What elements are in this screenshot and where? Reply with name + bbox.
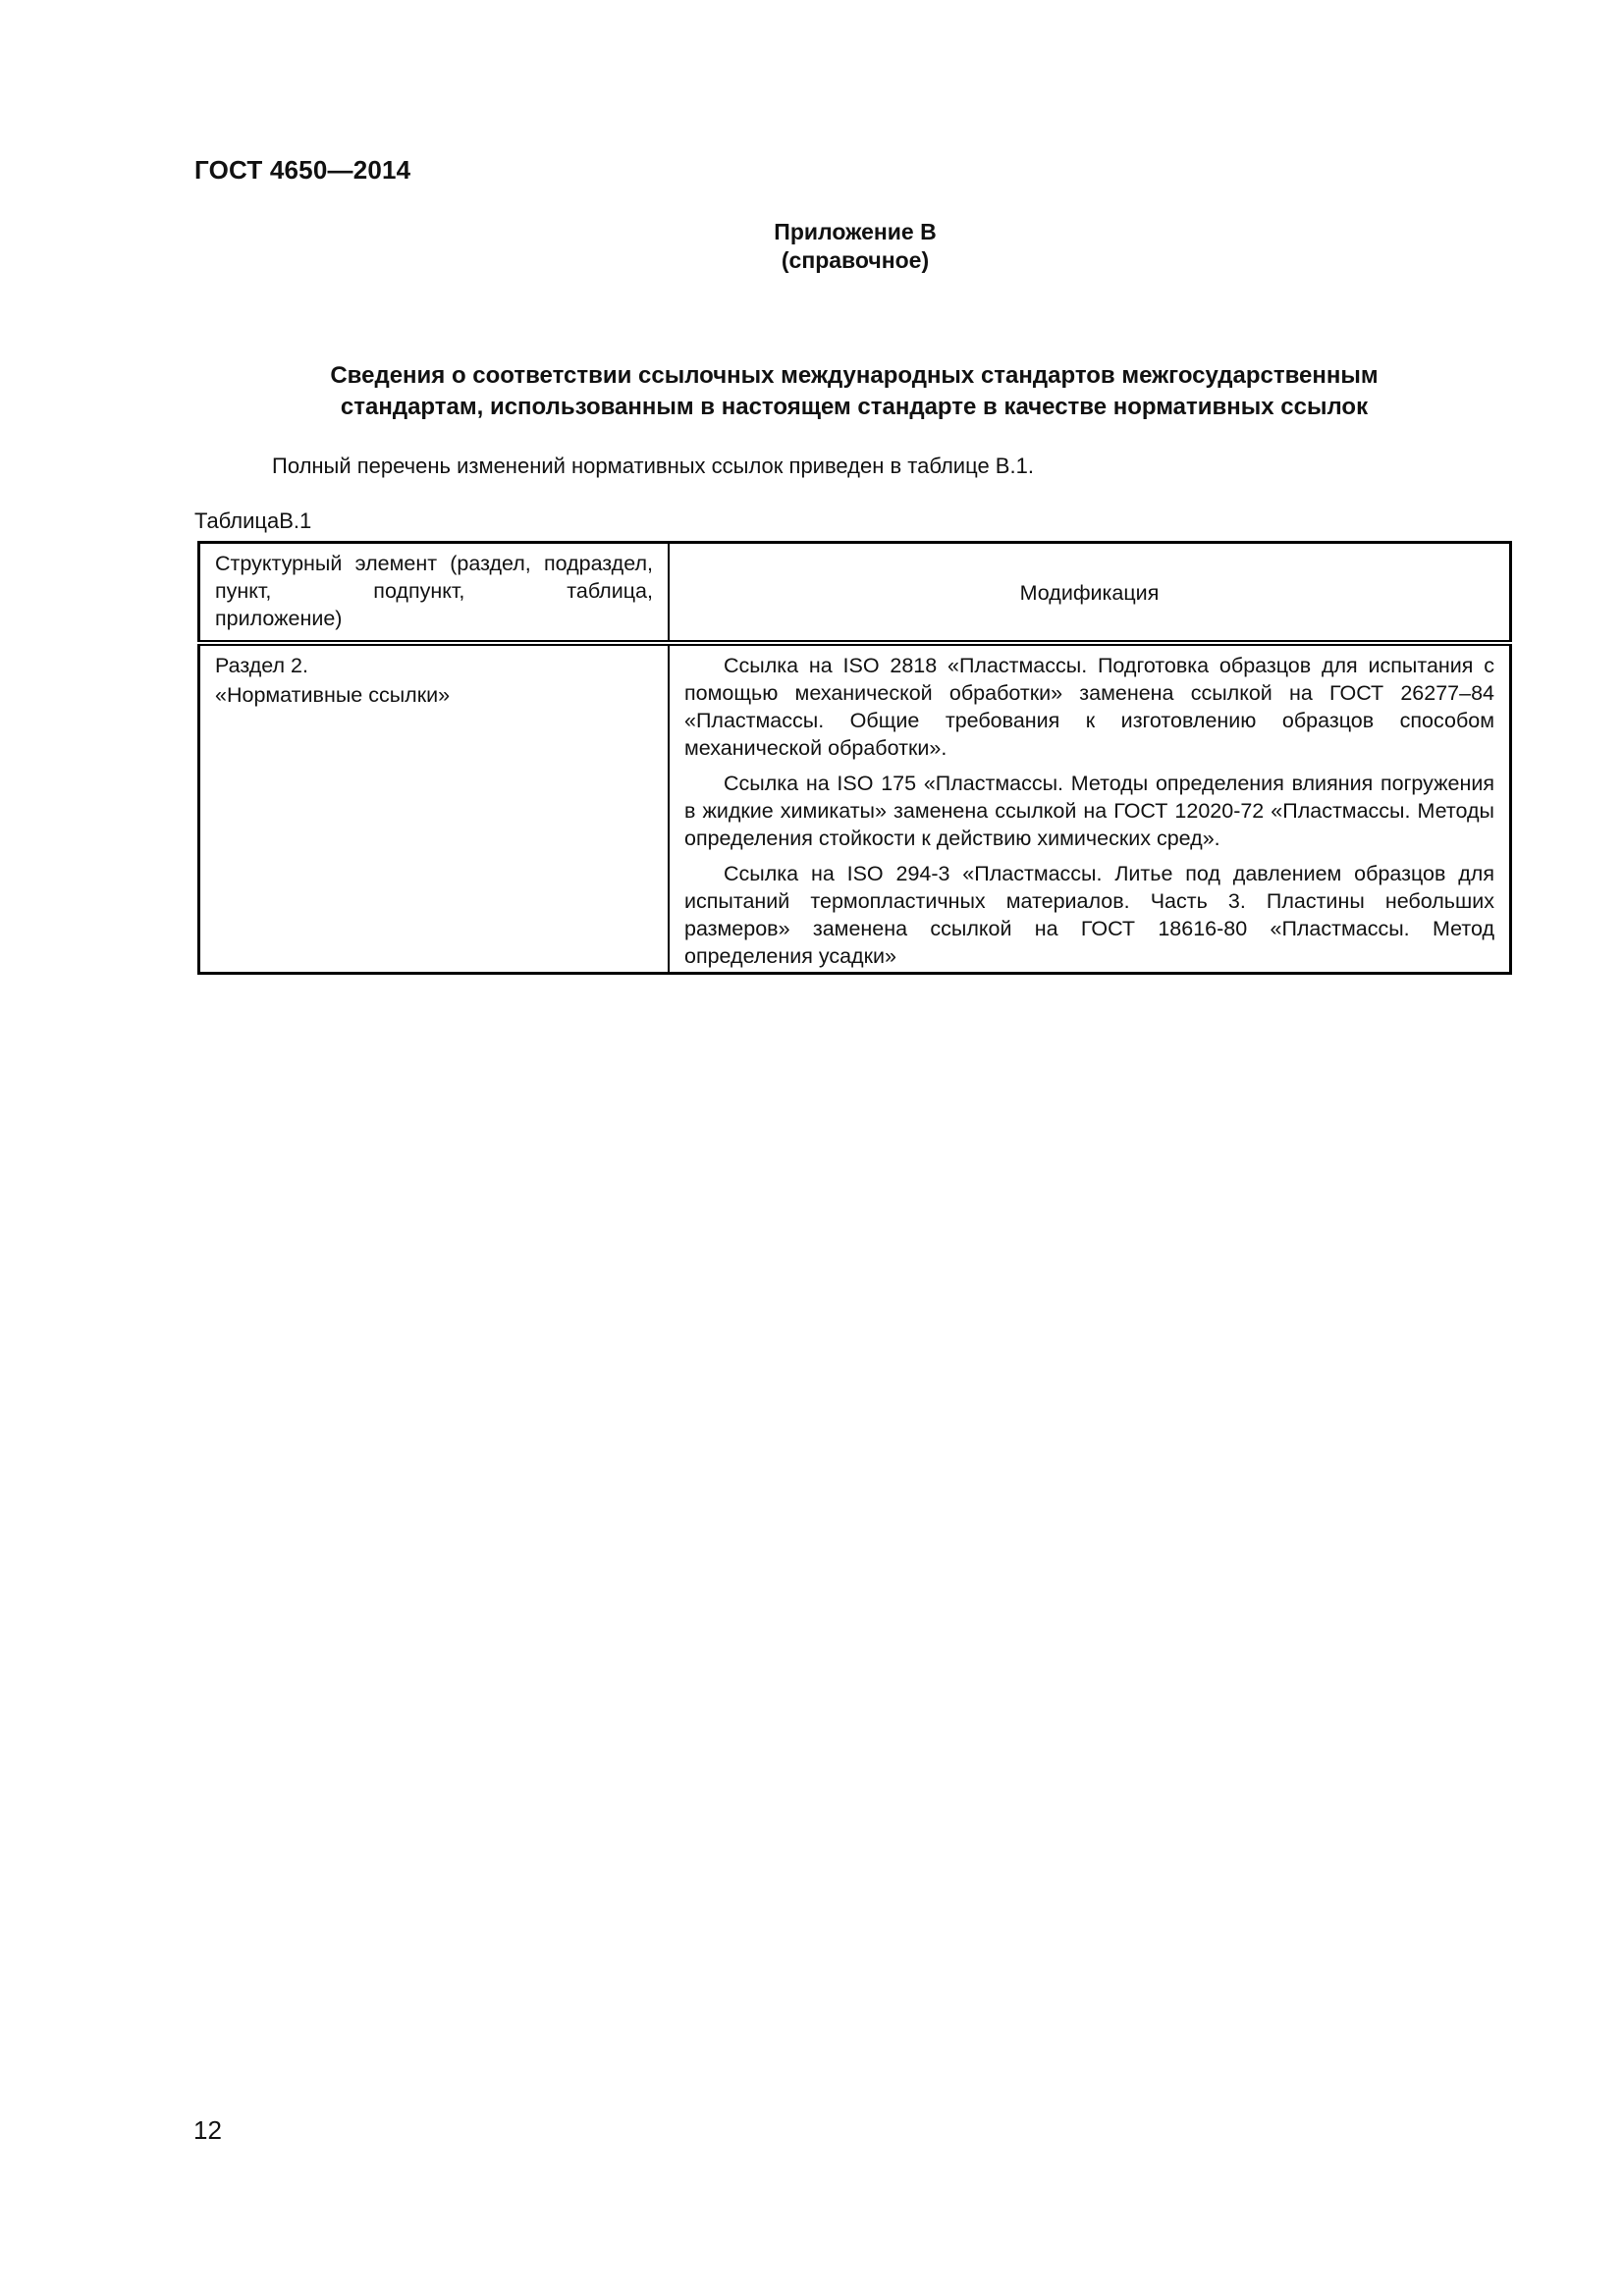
header-structural-element-text: Структурный элемент (раздел, подраздел, … [215,552,653,603]
modification-paragraph: Ссылка на ISO 2818 «Пластмассы. Подготов… [684,652,1494,762]
intro-paragraph: Полный перечень изменений нормативных сс… [272,454,1034,479]
header-structural-element-text-last: приложение) [215,605,653,632]
appendix-title: Приложение В [0,218,1624,246]
section-heading: Сведения о соответствии ссылочных междун… [196,360,1512,423]
modification-cell: Ссылка на ISO 2818 «Пластмассы. Подготов… [669,643,1511,974]
structural-element-section: Раздел 2. [215,652,653,679]
table-row: Раздел 2. «Нормативные ссылки» Ссылка на… [199,643,1511,974]
modifications-table: Структурный элемент (раздел, подраздел, … [197,541,1512,975]
document-code: ГОСТ 4650—2014 [194,155,410,186]
table-header-row: Структурный элемент (раздел, подраздел, … [199,543,1511,644]
table-caption: ТаблицаВ.1 [194,508,311,534]
structural-element-title: «Нормативные ссылки» [215,681,653,709]
header-modification: Модификация [669,543,1511,644]
section-heading-line-1: Сведения о соответствии ссылочных междун… [196,360,1512,392]
section-heading-line-2: стандартам, использованным в настоящем с… [196,392,1512,423]
header-structural-element: Структурный элемент (раздел, подраздел, … [199,543,670,644]
appendix-heading: Приложение В (справочное) [0,218,1624,275]
modification-paragraph: Ссылка на ISO 175 «Пластмассы. Методы оп… [684,770,1494,852]
modification-paragraph: Ссылка на ISO 294-3 «Пластмассы. Литье п… [684,860,1494,970]
structural-element-cell: Раздел 2. «Нормативные ссылки» [199,643,670,974]
appendix-type: (справочное) [0,246,1624,275]
page-number: 12 [193,2115,222,2146]
